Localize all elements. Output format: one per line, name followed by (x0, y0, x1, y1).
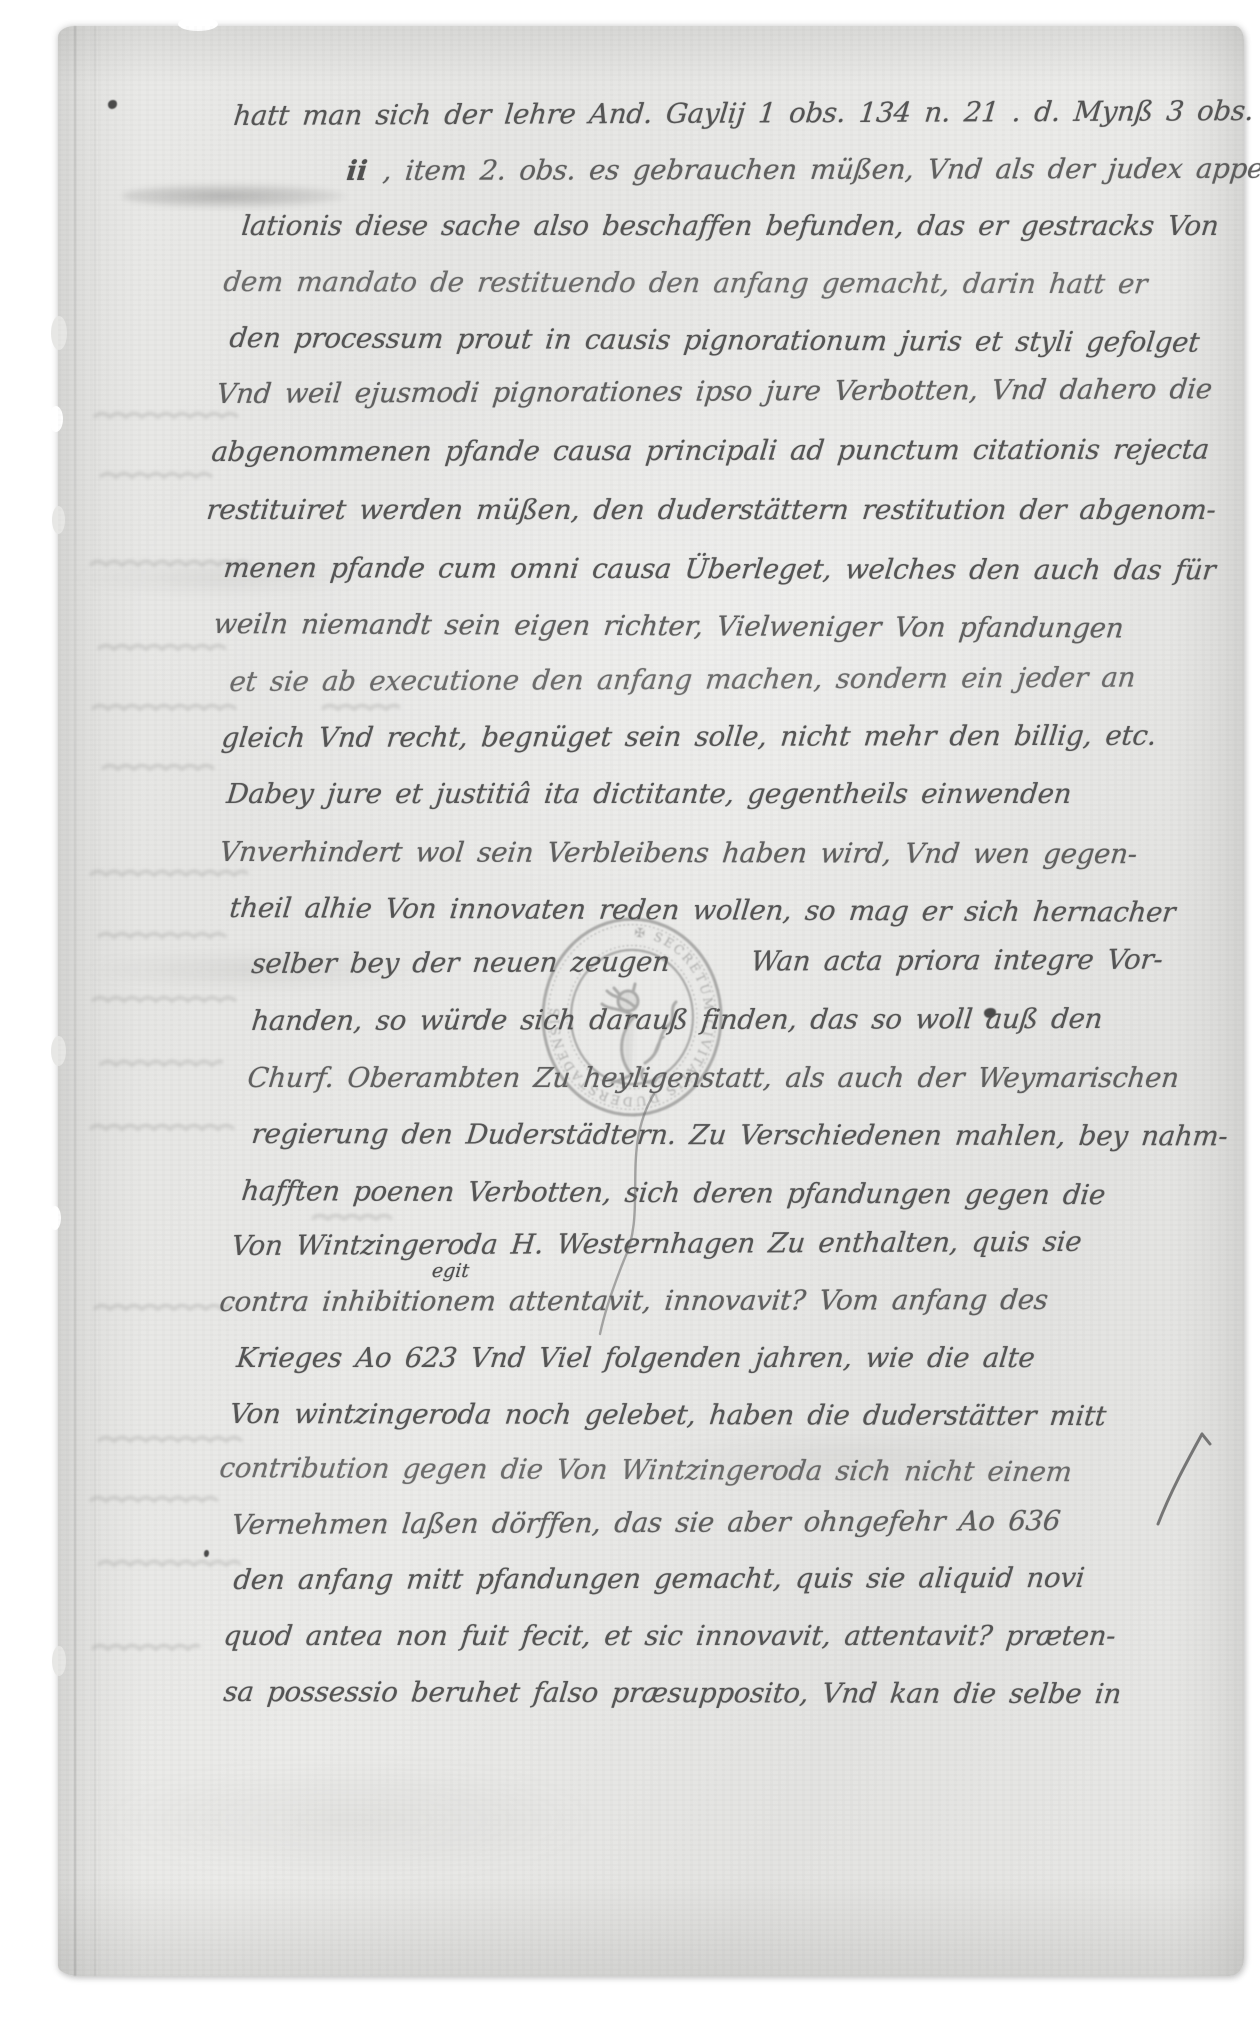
manuscript-line: Vnd weil ejusmodi pignorationes ipso jur… (215, 373, 1214, 410)
manuscript-line: menen pfande cum omni causa Überleget, w… (222, 552, 1217, 586)
manuscript-line: hatt man sich der lehre And. Gaylij 1 ob… (232, 95, 1255, 132)
manuscript-line: contribution gegen die Von Wintzingeroda… (218, 1452, 1073, 1488)
manuscript-line: Vnverhindert wol sein Verbleibens haben … (218, 836, 1139, 870)
manuscript-line: et sie ab executione den anfang machen, … (228, 662, 1137, 698)
manuscript-line: Von wintzingeroda noch gelebet, haben di… (228, 1398, 1108, 1432)
line-lead-numeral: ii (345, 155, 369, 187)
manuscript-line: restituiret werden müßen, den duderstätt… (205, 494, 1217, 526)
manuscript-line: handen, so würde sich darauß finden, das… (250, 1003, 1104, 1037)
manuscript-line: den anfang mitt pfandungen gemacht, quis… (232, 1562, 1086, 1596)
manuscript-line: abgenommenen pfande causa principali ad … (210, 434, 1211, 468)
manuscript-line: quod antea non fuit fecit, et sic innova… (222, 1620, 1117, 1652)
manuscript-line: dem mandato de restituendo den anfang ge… (222, 266, 1149, 300)
manuscript-line: selber bey der neuen zeugen Wan acta pri… (250, 944, 1164, 980)
manuscript-scan: ✠ SECRETUM CIVITATIS DUDERSTADENSIS egit… (0, 0, 1260, 2028)
manuscript-line: Vernehmen laßen dörffen, das sie aber oh… (230, 1505, 1062, 1541)
manuscript-line: gleich Vnd recht, begnüget sein solle, n… (220, 720, 1158, 754)
manuscript-line: regierung den Duderstädtern. Zu Verschie… (250, 1118, 1229, 1152)
manuscript-line: contra inhibitionem attentavit, innovavi… (218, 1284, 1050, 1318)
manuscript-line: Krieges Ao 623 Vnd Viel folgenden jahren… (235, 1342, 1036, 1374)
interlinear-insertion: egit (431, 1260, 470, 1282)
manuscript-line: lationis diese sache also beschaffen bef… (240, 210, 1220, 242)
manuscript-line: hafften poenen Verbotten, sich deren pfa… (240, 1175, 1107, 1211)
line-text: , item 2. obs. es gebrauchen müßen, Vnd … (382, 153, 1260, 187)
manuscript-line: Von Wintzingeroda H. Westernhagen Zu ent… (230, 1226, 1083, 1262)
manuscript-line: Dabey jure et justitiâ ita dictitante, g… (225, 778, 1073, 810)
handwriting-layer: egit hatt man sich der lehre And. Gaylij… (0, 0, 1260, 2028)
manuscript-line: ii, item 2. obs. es gebrauchen müßen, Vn… (345, 153, 1260, 187)
manuscript-line: weiln niemandt sein eigen richter, Vielw… (212, 608, 1125, 644)
manuscript-line: Churf. Oberambten Zu heyligenstatt, als … (246, 1062, 1181, 1094)
manuscript-line: den processum prout in causis pignoratio… (228, 322, 1201, 359)
manuscript-line: theil alhie Von innovaten reden wollen, … (228, 892, 1177, 929)
manuscript-line: sa possessio beruhet falso præsupposito,… (222, 1676, 1123, 1710)
